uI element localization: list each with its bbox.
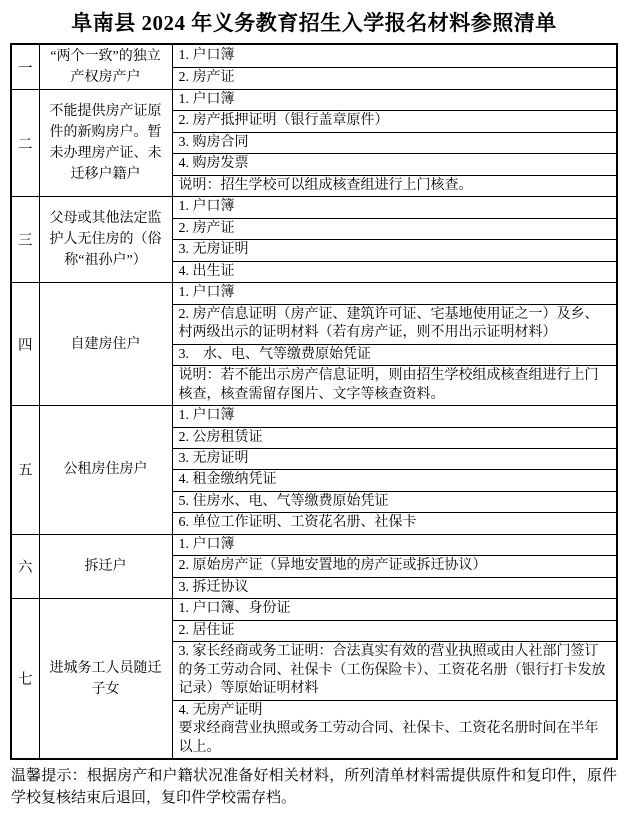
document-page: 阜南县 2024 年义务教育招生入学报名材料参照清单 一“两个一致”的独立产权房… <box>0 0 629 825</box>
section-category: 进城务工人员随迁子女 <box>39 599 172 759</box>
material-item: 2. 房产信息证明（房产证、建筑许可证、宅基地使用证之一）及乡、村两级出示的证明… <box>172 304 617 344</box>
material-item: 3. 购房合同 <box>172 132 617 153</box>
material-item: 3. 无房证明 <box>172 448 617 469</box>
material-item: 1. 户口簿、身份证 <box>172 599 617 620</box>
material-item: 2. 房产抵押证明（银行盖章原件） <box>172 111 617 132</box>
table-row: 三父母或其他法定监护人无住房的（俗称“祖孙户”）1. 户口簿 <box>11 197 617 218</box>
section-category: “两个一致”的独立产权房产户 <box>39 44 172 90</box>
material-item: 1. 户口簿 <box>172 197 617 218</box>
material-item: 3. 水、电、气等缴费原始凭证 <box>172 344 617 365</box>
section-number: 三 <box>11 197 39 283</box>
material-item: 1. 户口簿 <box>172 406 617 427</box>
page-title: 阜南县 2024 年义务教育招生入学报名材料参照清单 <box>10 7 618 37</box>
material-item: 4. 出生证 <box>172 261 617 282</box>
material-item: 2. 公房租赁证 <box>172 427 617 448</box>
material-item: 1. 户口簿 <box>172 283 617 304</box>
material-item: 5. 住房水、电、气等缴费原始凭证 <box>172 491 617 512</box>
material-item: 2. 房产证 <box>172 218 617 239</box>
table-row: 二不能提供房产证原件的新购房户。暂未办理房产证、未迁移户籍户1. 户口簿 <box>11 90 617 111</box>
table-row: 四自建房住户1. 户口簿 <box>11 283 617 304</box>
section-number: 七 <box>11 599 39 759</box>
section-number: 四 <box>11 283 39 406</box>
material-item: 1. 户口簿 <box>172 534 617 555</box>
table-row: 五公租房住房户1. 户口簿 <box>11 406 617 427</box>
materials-table: 一“两个一致”的独立产权房产户1. 户口簿2. 房产证二不能提供房产证原件的新购… <box>10 43 618 760</box>
section-number: 一 <box>11 44 39 90</box>
material-item: 3. 拆迁协议 <box>172 577 617 598</box>
material-item: 2. 原始房产证（异地安置地的房产证或拆迁协议） <box>172 556 617 577</box>
materials-table-body: 一“两个一致”的独立产权房产户1. 户口簿2. 房产证二不能提供房产证原件的新购… <box>11 44 617 759</box>
material-item: 2. 房产证 <box>172 67 617 90</box>
section-category: 自建房住户 <box>39 283 172 406</box>
material-item: 1. 户口簿 <box>172 44 617 67</box>
material-item: 说明：若不能出示房产信息证明，则由招生学校组成核查组进行上门核查，核查需留存图片… <box>172 366 617 406</box>
material-item: 3. 家长经商或务工证明：合法真实有效的营业执照或由人社部门签订的务工劳动合同、… <box>172 642 617 700</box>
material-item: 说明：招生学校可以组成核查组进行上门核查。 <box>172 175 617 196</box>
section-category: 拆迁户 <box>39 534 172 598</box>
material-item: 4. 购房发票 <box>172 154 617 175</box>
section-category: 公租房住房户 <box>39 406 172 535</box>
table-row: 七进城务工人员随迁子女1. 户口簿、身份证 <box>11 599 617 620</box>
material-item: 6. 单位工作证明、工资花名册、社保卡 <box>172 513 617 534</box>
footer-note: 温馨提示：根据房产和户籍状况准备好相关材料，所列清单材料需提供原件和复印件，原件… <box>11 765 617 809</box>
table-row: 六拆迁户1. 户口簿 <box>11 534 617 555</box>
section-number: 五 <box>11 406 39 535</box>
table-row: 一“两个一致”的独立产权房产户1. 户口簿 <box>11 44 617 67</box>
material-item: 3. 无房证明 <box>172 240 617 261</box>
material-item: 4. 无房产证明 要求经商营业执照或务工劳动合同、社保卡、工资花名册时间在半年以… <box>172 700 617 759</box>
material-item: 1. 户口簿 <box>172 90 617 111</box>
material-item: 2. 居住证 <box>172 620 617 641</box>
section-category: 不能提供房产证原件的新购房户。暂未办理房产证、未迁移户籍户 <box>39 90 172 197</box>
section-category: 父母或其他法定监护人无住房的（俗称“祖孙户”） <box>39 197 172 283</box>
section-number: 二 <box>11 90 39 197</box>
material-item: 4. 租金缴纳凭证 <box>172 470 617 491</box>
section-number: 六 <box>11 534 39 598</box>
